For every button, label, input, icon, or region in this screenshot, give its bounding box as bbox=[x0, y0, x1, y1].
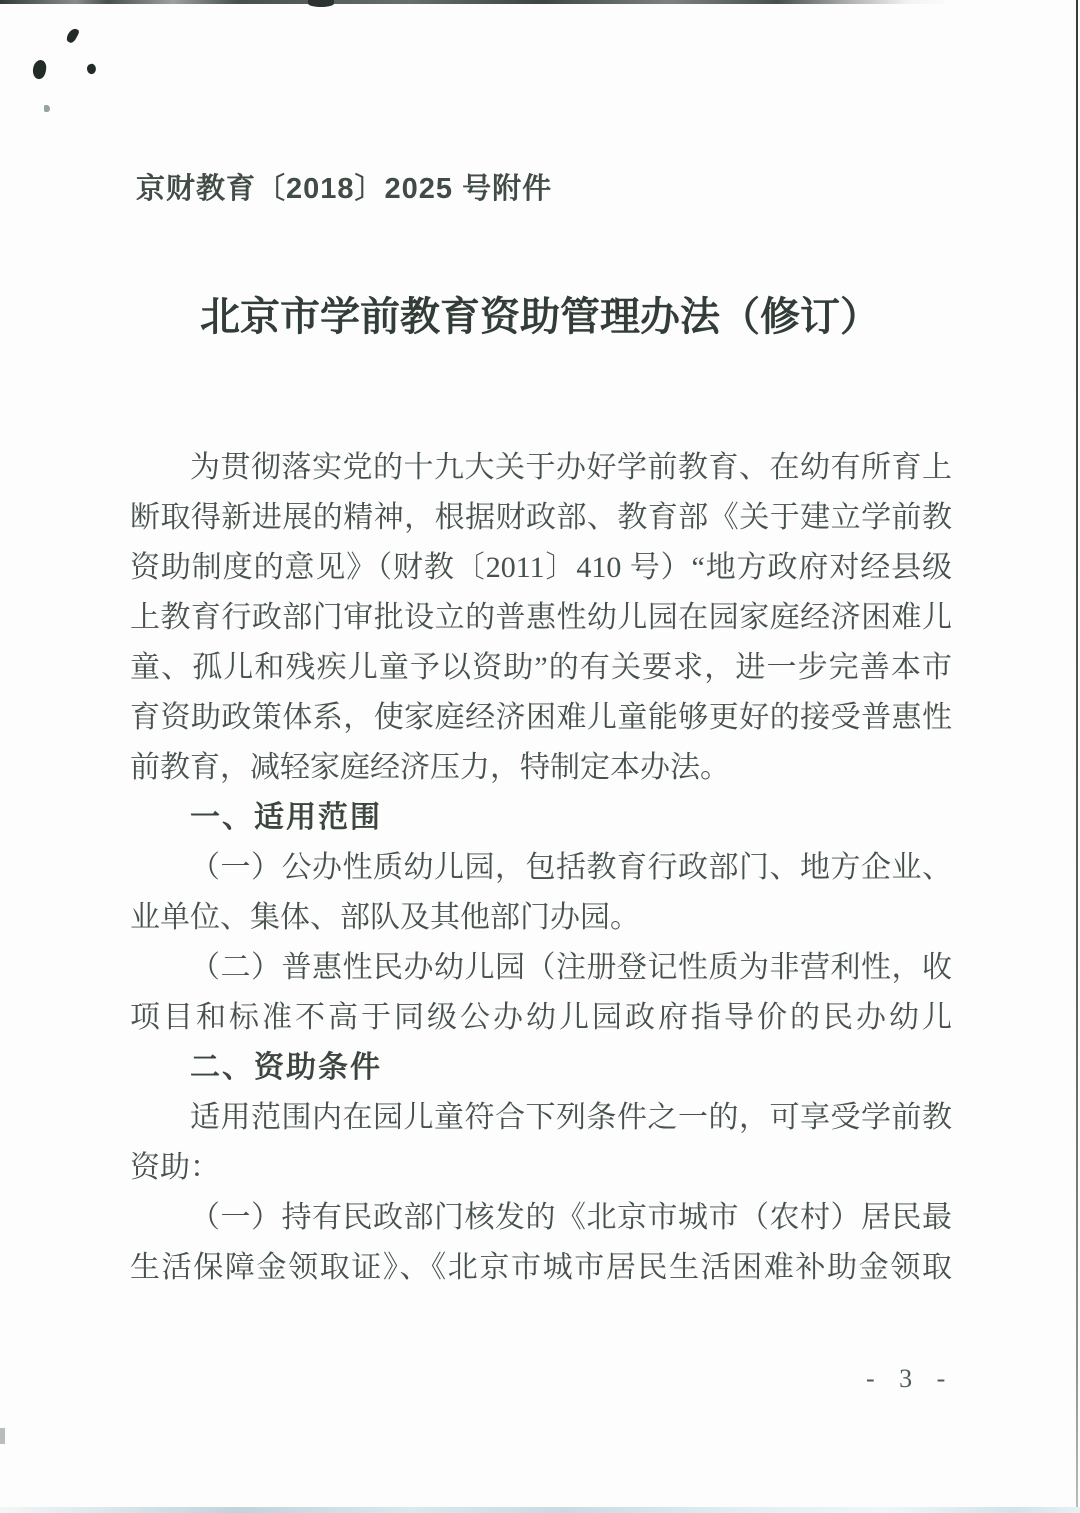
body-line: 育资助政策体系，使家庭经济困难儿童能够更好的接受普惠性学 bbox=[130, 693, 952, 743]
scan-bottom-edge-artifact bbox=[0, 1507, 1080, 1513]
scan-left-notch-artifact bbox=[0, 1428, 5, 1444]
ink-speck bbox=[31, 59, 48, 80]
document-title: 北京市学前教育资助管理办法（修订） bbox=[0, 293, 1080, 341]
body-line: 前教育，减轻家庭经济压力，特制定本办法。 bbox=[130, 743, 952, 793]
scan-top-edge-nub-artifact bbox=[308, 0, 334, 7]
body-line: （一）持有民政部门核发的《北京市城市（农村）居民最低 bbox=[130, 1193, 952, 1243]
body-line: （一）公办性质幼儿园，包括教育行政部门、地方企业、事 bbox=[130, 843, 952, 893]
page-number: - 3 - bbox=[866, 1364, 954, 1394]
ink-speck bbox=[65, 27, 80, 44]
ink-speck bbox=[44, 105, 50, 112]
body-line: 业单位、集体、部队及其他部门办园。 bbox=[130, 893, 952, 943]
body-line: 适用范围内在园儿童符合下列条件之一的，可享受学前教育 bbox=[130, 1093, 952, 1143]
section-heading: 二、资助条件 bbox=[130, 1043, 952, 1093]
ink-speck bbox=[86, 63, 98, 75]
body-line: （二）普惠性民办幼儿园（注册登记性质为非营利性，收费 bbox=[130, 943, 952, 993]
body-line: 断取得新进展的精神，根据财政部、教育部《关于建立学前教育 bbox=[130, 493, 952, 543]
scanned-document-page: 京财教育〔2018〕2025 号附件 北京市学前教育资助管理办法（修订） 为贯彻… bbox=[0, 0, 1080, 1513]
document-body: 为贯彻落实党的十九大关于办好学前教育、在幼有所育上不断取得新进展的精神，根据财政… bbox=[130, 443, 952, 1293]
body-line: 资助： bbox=[130, 1143, 952, 1193]
scan-right-edge-line-artifact bbox=[1076, 0, 1078, 1513]
body-line: 资助制度的意见》（财教〔2011〕410 号）“地方政府对经县级以 bbox=[130, 543, 952, 593]
document-number: 京财教育〔2018〕2025 号附件 bbox=[136, 172, 552, 206]
body-line: 生活保障金领取证》、《北京市城市居民生活困难补助金领取证》、 bbox=[130, 1243, 952, 1293]
section-heading: 一、适用范围 bbox=[130, 793, 952, 843]
body-line: 童、孤儿和残疾儿童予以资助”的有关要求，进一步完善本市教 bbox=[130, 643, 952, 693]
body-line: 上教育行政部门审批设立的普惠性幼儿园在园家庭经济困难儿 bbox=[130, 593, 952, 643]
scan-top-edge-artifact bbox=[0, 0, 1080, 4]
body-line: 为贯彻落实党的十九大关于办好学前教育、在幼有所育上不 bbox=[130, 443, 952, 493]
body-line: 项目和标准不高于同级公办幼儿园政府指导价的民办幼儿园）。 bbox=[130, 993, 952, 1043]
